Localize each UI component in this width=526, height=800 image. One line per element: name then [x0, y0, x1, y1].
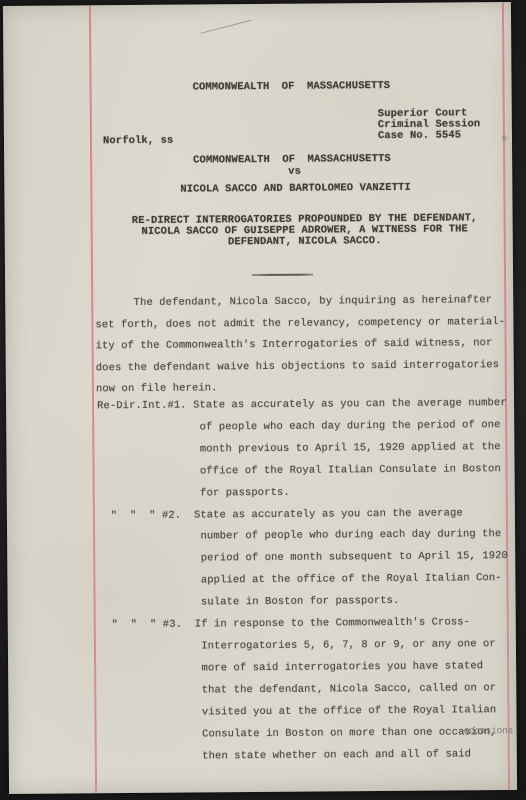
caption-parties: NICOLA SACCO AND BARTOLOMEO VANZETTI — [180, 183, 411, 196]
caption-versus: vs — [288, 167, 301, 178]
scratch-mark — [201, 20, 252, 34]
heading-commonwealth: COMMONWEALTH OF MASSACHUSETTS — [193, 81, 391, 94]
opening-paragraph: The defendant, Nicola Sacco, by inquirin… — [95, 290, 506, 401]
interrogatories-list: Re-Dir.Int.#1. State as accurately as yo… — [97, 393, 510, 769]
document-title: RE-DIRECT INTERROGATORIES PROPOUNDED BY … — [132, 213, 478, 249]
court-block: Superior Court Criminal Session Case No.… — [378, 108, 481, 142]
venue-line: Norfolk, ss — [103, 136, 174, 148]
document-page: COMMONWEALTH OF MASSACHUSETTS Superior C… — [3, 2, 517, 794]
caption-commonwealth: COMMONWEALTH OF MASSACHUSETTS — [193, 154, 391, 167]
ink-smudge — [500, 134, 509, 142]
section-divider — [252, 274, 313, 276]
ocr-overlay-word: occasions — [464, 725, 514, 736]
scanned-page-background: COMMONWEALTH OF MASSACHUSETTS Superior C… — [0, 0, 526, 800]
